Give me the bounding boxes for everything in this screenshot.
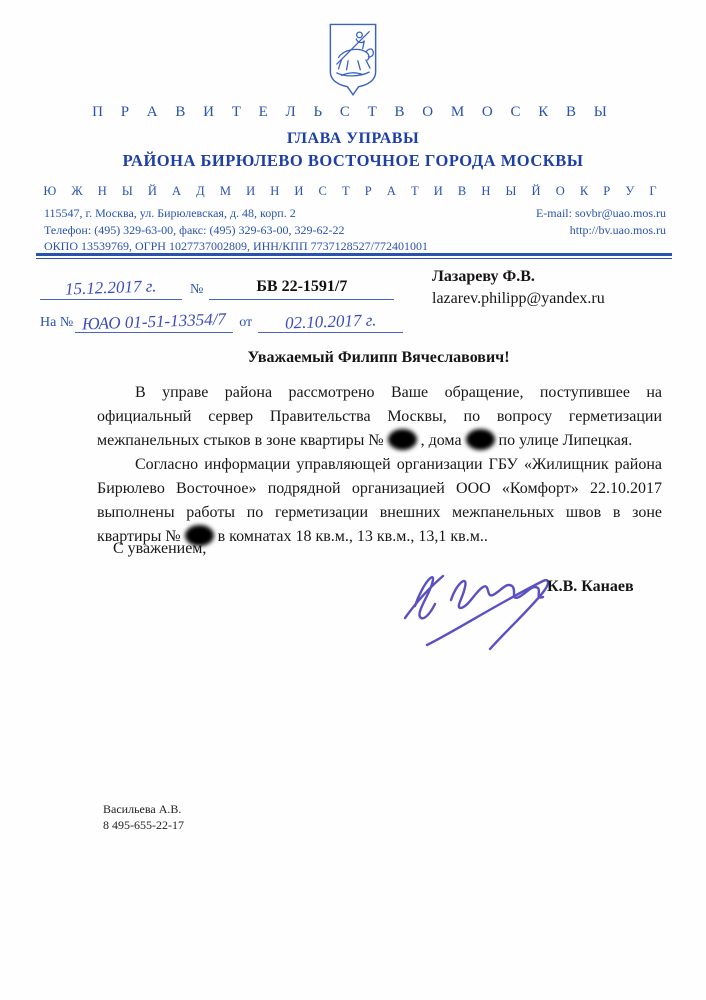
incoming-number-handwritten: ЮАО 01-51-13354/7 <box>75 312 233 333</box>
outgoing-date-handwritten: 15.12.2017 г. <box>40 278 182 300</box>
incoming-date-handwritten: 02.10.2017 г. <box>258 312 403 333</box>
p1-text-after: по улице Липецкая. <box>499 432 633 449</box>
p1-text-between: , дома <box>421 432 462 449</box>
letterhead-title-line1: ГЛАВА УПРАВЫ <box>0 130 706 148</box>
paragraph-2: Согласно информации управляющей организа… <box>97 453 662 549</box>
reference-row-incoming: На № ЮАО 01-51-13354/7 от 02.10.2017 г. <box>40 303 425 333</box>
outgoing-number: БВ 22-1591/7 <box>209 278 394 300</box>
redaction-blob-house <box>466 429 495 450</box>
contact-block: 115547, г. Москва, ул. Бирюлевская, д. 4… <box>44 205 666 255</box>
paragraph-1: В управе района рассмотрено Ваше обращен… <box>97 381 662 453</box>
moscow-coat-of-arms-icon <box>327 22 379 98</box>
reference-block: 15.12.2017 г. № БВ 22-1591/7 На № ЮАО 01… <box>40 272 425 333</box>
postal-address: 115547, г. Москва, ул. Бирюлевская, д. 4… <box>44 205 428 222</box>
p2-text-after: в комнатах 18 кв.м., 13 кв.м., 13,1 кв.м… <box>218 528 488 545</box>
letter-body: В управе района рассмотрено Ваше обращен… <box>97 381 662 549</box>
letterhead-title-line2: РАЙОНА БИРЮЛЕВО ВОСТОЧНОЕ ГОРОДА МОСКВЫ <box>0 151 706 171</box>
executor-block: Васильева А.В. 8 495-655-22-17 <box>103 801 184 833</box>
signer-name: К.В. Канаев <box>547 578 634 596</box>
addressee-name: Лазареву Ф.В. <box>432 266 605 288</box>
email-line: E-mail: sovbr@uao.mos.ru <box>536 205 666 222</box>
handwritten-signature <box>393 548 553 653</box>
reference-row-outgoing: 15.12.2017 г. № БВ 22-1591/7 <box>40 272 425 300</box>
letterhead: П Р А В И Т Е Л Ь С Т В О М О С К В Ы ГЛ… <box>0 22 706 199</box>
contact-left: 115547, г. Москва, ул. Бирюлевская, д. 4… <box>44 205 428 255</box>
executor-phone: 8 495-655-22-17 <box>103 817 184 833</box>
executor-name: Васильева А.В. <box>103 801 184 817</box>
redaction-blob-apartment <box>388 429 417 450</box>
website-line: http://bv.uao.mos.ru <box>536 222 666 239</box>
scanned-letter-page: П Р А В И Т Е Л Ь С Т В О М О С К В Ы ГЛ… <box>0 0 706 1000</box>
government-line: П Р А В И Т Е Л Ь С Т В О М О С К В Ы <box>0 104 706 121</box>
reply-label: На № <box>40 315 73 333</box>
letterhead-divider <box>36 253 672 259</box>
number-label: № <box>190 282 203 300</box>
addressee-block: Лазареву Ф.В. lazarev.philipp@yandex.ru <box>432 266 605 311</box>
from-label: от <box>239 315 252 333</box>
emblem-wrap <box>0 22 706 98</box>
closing-phrase: С уважением, <box>113 540 206 558</box>
salutation: Уважаемый Филипп Вячеславович! <box>97 349 660 367</box>
phone-line: Телефон: (495) 329-63-00, факс: (495) 32… <box>44 222 428 239</box>
district-line: Ю Ж Н Ы Й А Д М И Н И С Т Р А Т И В Н Ы … <box>0 184 706 199</box>
addressee-email: lazarev.philipp@yandex.ru <box>432 288 605 310</box>
contact-right: E-mail: sovbr@uao.mos.ru http://bv.uao.m… <box>536 205 666 255</box>
